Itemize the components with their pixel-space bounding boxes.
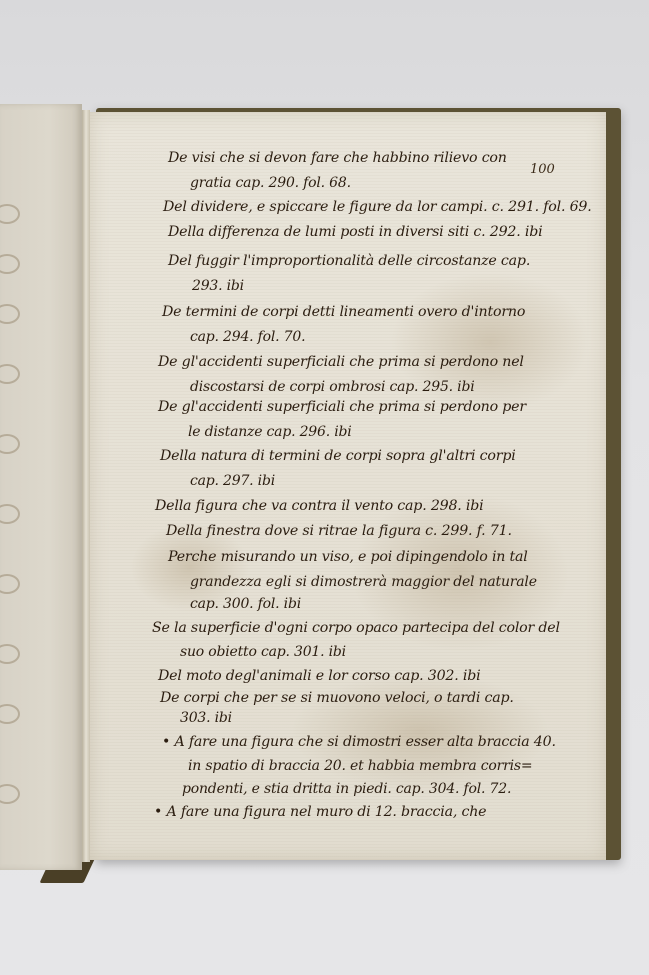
ink-bleed	[0, 364, 20, 384]
ink-bleed	[0, 304, 20, 324]
entry-line: De visi che si devon fare che habbino ri…	[168, 150, 507, 166]
ink-bleed	[0, 504, 20, 524]
entry-continuation-line: cap. 300. fol. ibi	[190, 596, 301, 612]
entry-line: Della differenza de lumi posti in divers…	[168, 224, 542, 240]
entry-line: Del dividere, e spiccare le figure da lo…	[163, 199, 592, 215]
ink-bleed	[0, 704, 20, 724]
entry-line: Della figura che va contra il vento cap.…	[155, 498, 483, 514]
ink-bleed	[0, 574, 20, 594]
entry-line: Se la superficie d'ogni corpo opaco part…	[152, 620, 560, 636]
entry-continuation-line: 293. ibi	[192, 278, 244, 294]
entry-continuation-line: suo obietto cap. 301. ibi	[180, 644, 346, 660]
entry-line: Del moto degl'animali e lor corso cap. 3…	[158, 668, 480, 684]
entry-continuation-line: grandezza egli si dimostrerà maggior del…	[190, 574, 537, 590]
entry-continuation-line: discostarsi de corpi ombrosi cap. 295. i…	[190, 379, 475, 395]
folio-number: 100	[530, 162, 555, 177]
entry-line: De gl'accidenti superficiali che prima s…	[158, 354, 524, 370]
entry-line: Perche misurando un viso, e poi dipingen…	[168, 549, 528, 565]
entry-line: De termini de corpi detti lineamenti ove…	[162, 304, 525, 320]
entry-line: De corpi che per se si muovono veloci, o…	[160, 690, 514, 706]
entry-line: • A fare una figura nel muro di 12. brac…	[154, 804, 486, 820]
entry-line: Della finestra dove si ritrae la figura …	[166, 523, 512, 539]
ink-bleed	[0, 784, 20, 804]
ink-bleed	[0, 204, 20, 224]
entry-line: • A fare una figura che si dimostri esse…	[162, 734, 556, 750]
ink-bleed	[0, 254, 20, 274]
entry-continuation-line: pondenti, e stia dritta in piedi. cap. 3…	[182, 781, 511, 797]
entry-continuation-line: gratia cap. 290. fol. 68.	[190, 175, 351, 191]
entry-line: Della natura di termini de corpi sopra g…	[160, 448, 516, 464]
entry-line: De gl'accidenti superficiali che prima s…	[158, 399, 526, 415]
entry-continuation-line: in spatio di braccia 20. et habbia membr…	[188, 758, 532, 774]
entry-continuation-line: 303. ibi	[180, 710, 232, 726]
left-page	[0, 104, 82, 870]
entry-continuation-line: cap. 294. fol. 70.	[190, 329, 305, 345]
entry-continuation-line: le distanze cap. 296. ibi	[188, 424, 352, 440]
book-gutter	[82, 110, 90, 862]
ink-bleed	[0, 644, 20, 664]
entry-continuation-line: cap. 297. ibi	[190, 473, 275, 489]
entry-line: Del fuggir l'improportionalità delle cir…	[168, 253, 530, 269]
ink-bleed	[0, 434, 20, 454]
